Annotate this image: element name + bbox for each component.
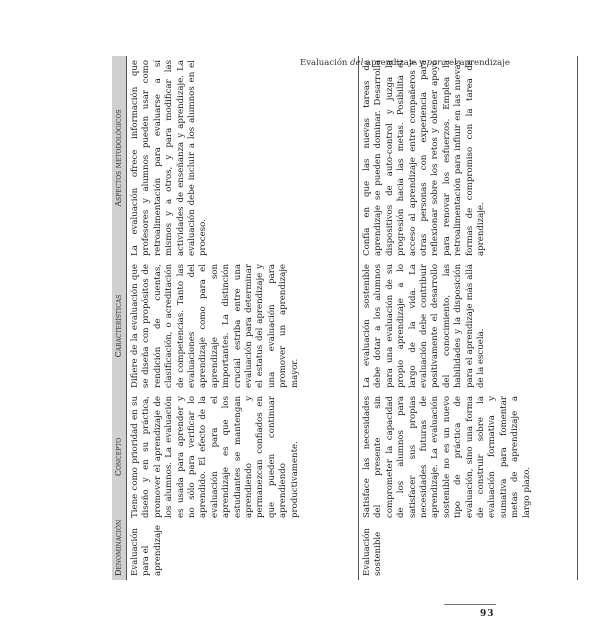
page-number: 93 bbox=[480, 609, 495, 619]
col-header-concepto: Concepto bbox=[112, 392, 127, 522]
col-header-caracteristicas: Características bbox=[112, 260, 127, 392]
cell-caracteristicas: La evaluación sostenible debe dotar a lo… bbox=[359, 260, 578, 392]
cell-caracteristicas: Difiere de la evaluación que se diseña c… bbox=[127, 260, 359, 392]
footer-rule bbox=[444, 604, 496, 605]
cell-denominacion: Evaluación sostenible bbox=[359, 522, 578, 580]
cell-denominacion: Evaluación para el aprendizaje bbox=[127, 522, 359, 580]
evaluation-table: Denominación Concepto Características As… bbox=[112, 56, 578, 580]
table-header-row: Denominación Concepto Características As… bbox=[112, 56, 127, 580]
cell-concepto: Tiene como prioridad en su diseño y en s… bbox=[127, 392, 359, 522]
rotated-table-container: Denominación Concepto Características As… bbox=[112, 88, 578, 580]
col-header-denominacion: Denominación bbox=[112, 522, 127, 580]
col-header-aspectos: Aspectos metodológicos bbox=[112, 56, 127, 260]
cell-aspectos: La evaluación ofrece información que pro… bbox=[127, 56, 359, 260]
table-row: Evaluación sostenible Satisface las nece… bbox=[359, 56, 578, 580]
cell-aspectos: Confía en que las nuevas tareas de apren… bbox=[359, 56, 578, 260]
table-row: Evaluación para el aprendizaje Tiene com… bbox=[127, 56, 359, 580]
cell-concepto: Satisface las necesidades del presente s… bbox=[359, 392, 578, 522]
